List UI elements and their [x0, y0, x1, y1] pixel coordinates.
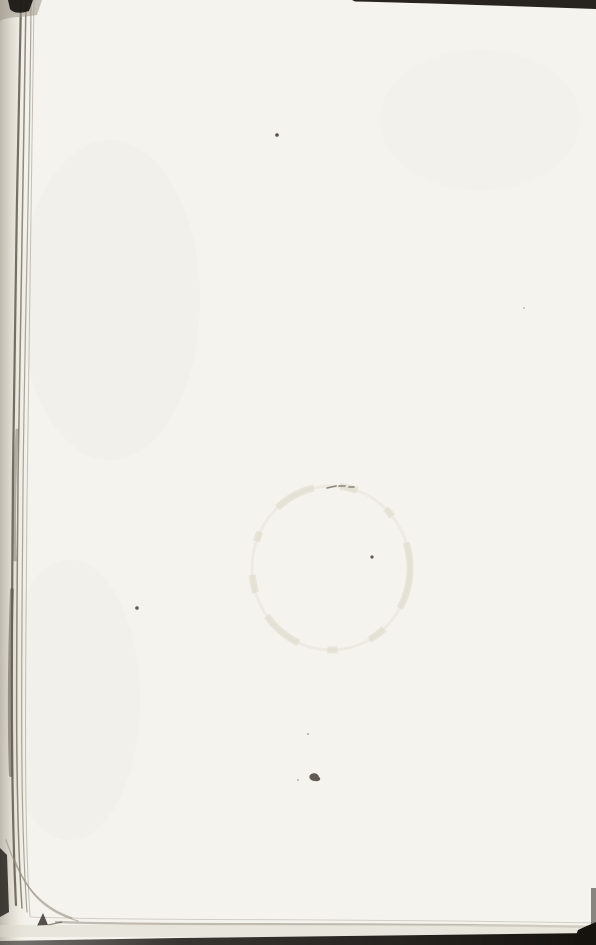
scanned-page [0, 0, 596, 945]
page-scan-image [0, 0, 596, 945]
